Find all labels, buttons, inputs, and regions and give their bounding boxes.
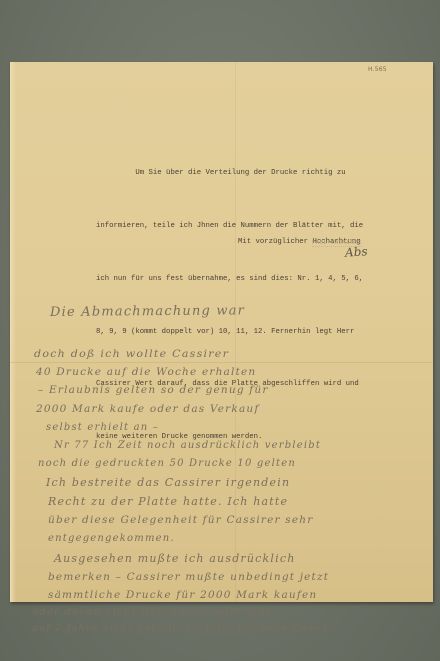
handwritten-line: Recht zu der Platte hatte. Ich hatte (48, 495, 288, 508)
handwritten-line: Ich bestreite das Cassirer irgendein (46, 476, 290, 489)
handwritten-line: über diese Gelegenheit für Cassirer sehr (48, 514, 313, 526)
handwritten-line: selbst erhielt an – (46, 422, 159, 433)
handwritten-line: doch doß ich wollte Cassirer (34, 348, 229, 360)
handwritten-line: auf 2 Jahre nicht gekauft ist jetzt für … (32, 623, 330, 634)
handwritten-line: 40 Drucke auf die Woche erhalten (36, 366, 256, 378)
handwritten-line: Ausgesehen mußte ich ausdrücklich (54, 552, 295, 565)
letter-paper: H.565 Um Sie über die Verteilung der Dru… (10, 62, 433, 602)
handwritten-line: – Erlaubnis gelten so der genug für (38, 384, 269, 396)
handwritten-line: sämmtliche Drucke für 2000 Mark kaufen (48, 589, 317, 601)
handwritten-line: oder davon nicht Gebrauch – oder man (32, 607, 273, 618)
handwritten-line: Die Abmachmachung war (50, 303, 245, 320)
handwritten-line: bemerken – Cassirer mußte unbedingt jetz… (48, 571, 329, 583)
handwritten-notes: Die Abmachmachung war doch doß ich wollt… (10, 62, 433, 602)
handwritten-line: noch die gedruckten 50 Drucke 10 gelten (38, 458, 296, 469)
handwritten-line: 2000 Mark kaufe oder das Verkauf (36, 403, 259, 415)
handwritten-line: entgegengekommen. (48, 533, 175, 544)
handwritten-line: Nr 77 Ich Zeit noch ausdrücklich verblei… (54, 440, 321, 451)
